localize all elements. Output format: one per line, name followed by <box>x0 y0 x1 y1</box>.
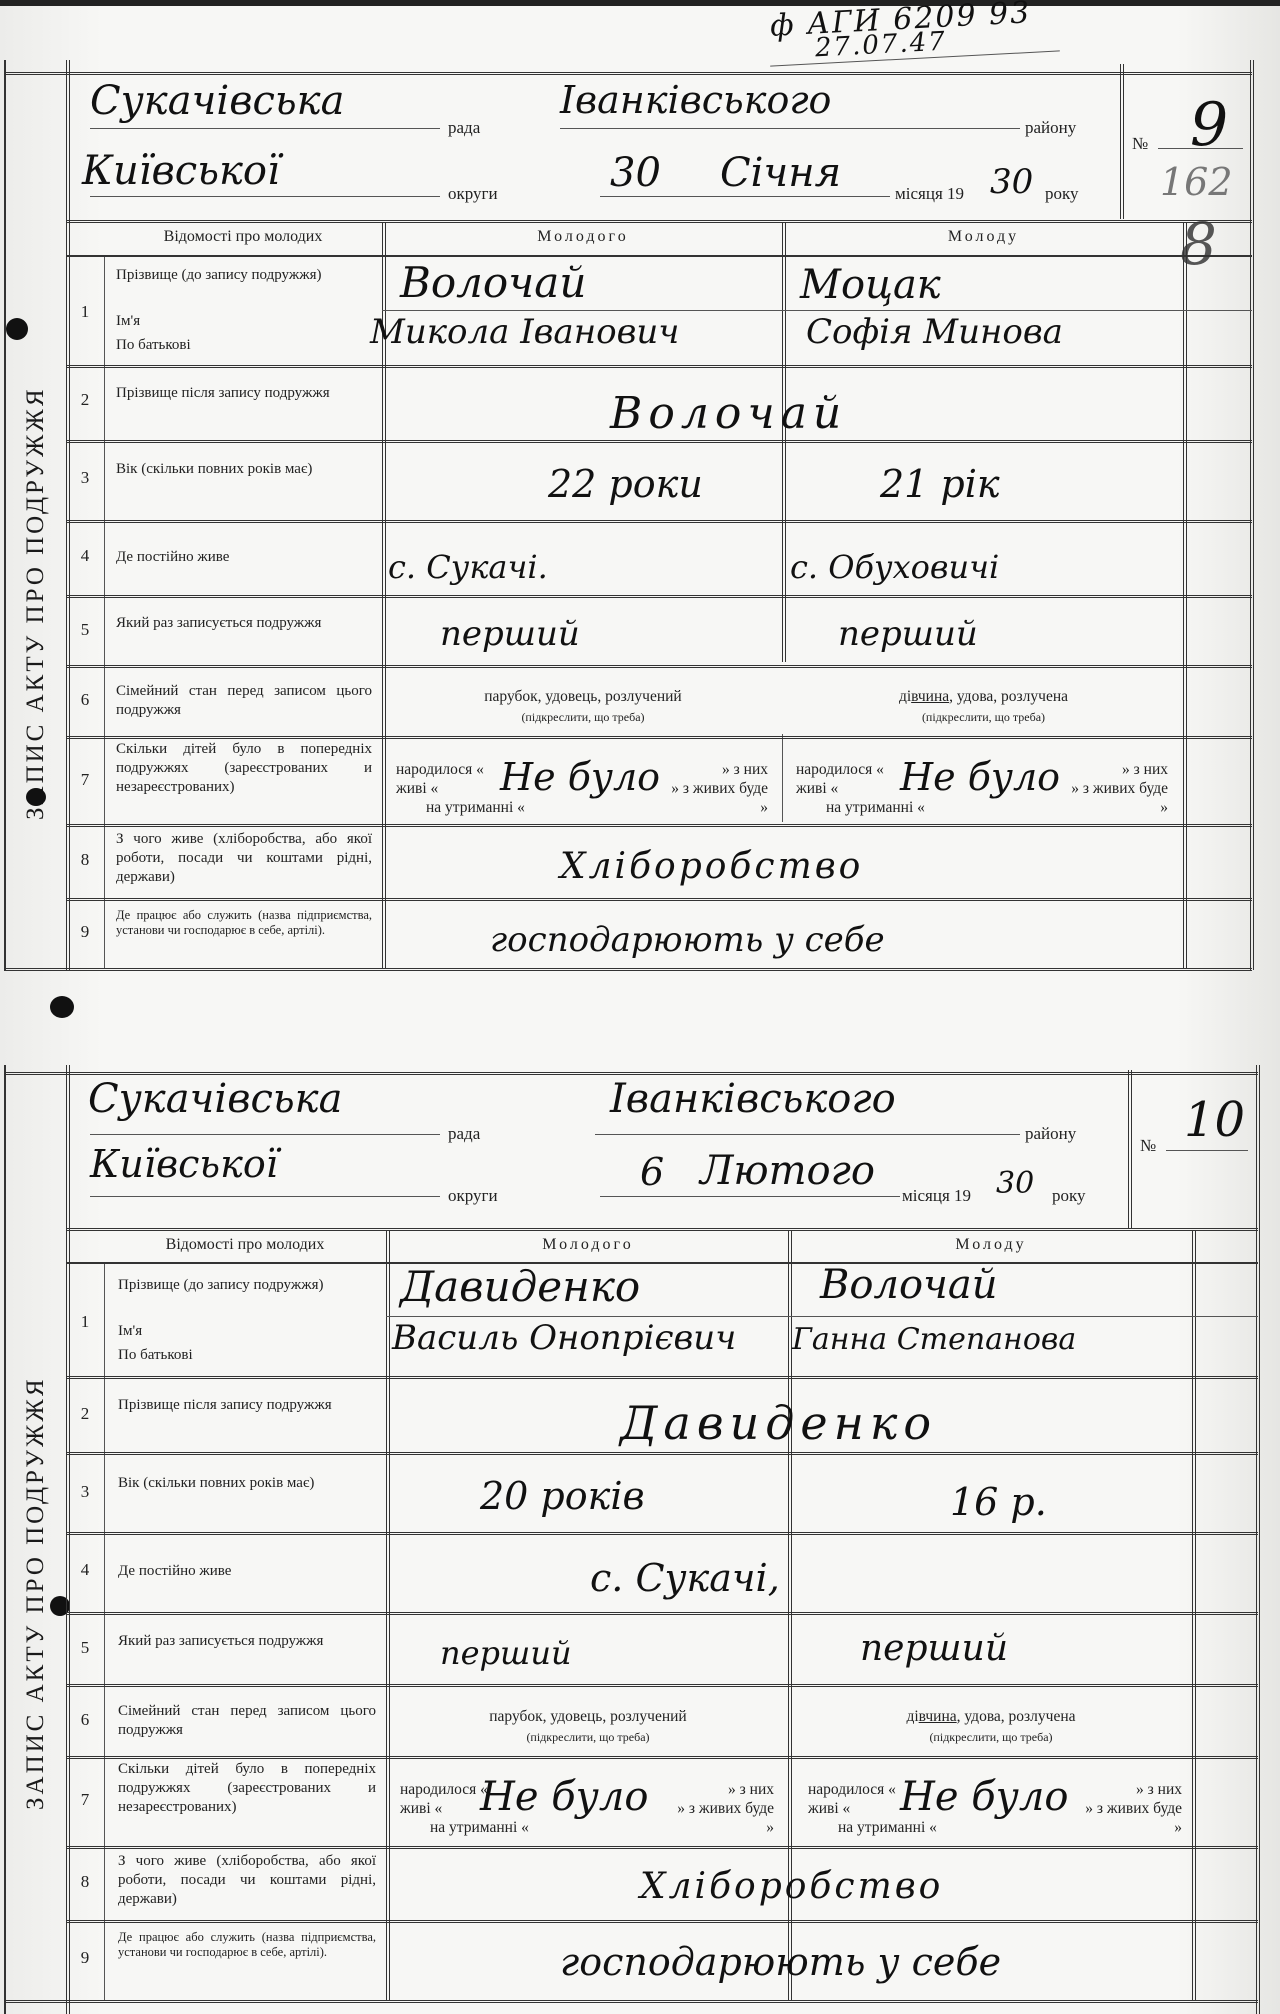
row-label-marital-status: Сімейний стан перед записом цього подруж… <box>118 1702 376 1740</box>
livelihood-value: Хліборобство <box>560 846 863 887</box>
bride-age: 16 р. <box>950 1480 1047 1524</box>
number-line <box>1166 1150 1248 1151</box>
row-number-1: 1 <box>72 1312 98 1332</box>
okrug-line <box>90 196 440 197</box>
kids-supported-label: на утриманні « <box>838 1818 937 1837</box>
row-label-age: Вік (скільки повних років має) <box>118 1474 376 1493</box>
row-number-3: 3 <box>72 468 98 488</box>
bride-children-value: Не було <box>900 1774 1068 1820</box>
row-number-6: 6 <box>72 1710 98 1730</box>
row-divider-2 <box>66 440 1252 443</box>
row-divider-5 <box>66 1684 1258 1687</box>
row-number-9: 9 <box>72 922 98 942</box>
number-label: № <box>1140 1136 1156 1156</box>
row-label-livelihood: З чого живе (хліборобства, або якої робо… <box>116 830 372 887</box>
kids-close-quote: » <box>1174 1818 1182 1837</box>
name-subline <box>382 310 1252 311</box>
council-label: рада <box>448 1124 480 1144</box>
groom-marriage-count: перший <box>440 1634 572 1672</box>
row-divider-1 <box>66 1376 1258 1379</box>
row-divider-7 <box>66 824 1252 827</box>
okrug-value: Київської <box>90 1142 278 1186</box>
kids-alive-label: живі « <box>400 1799 442 1818</box>
ink-blot <box>50 996 74 1018</box>
frame-top <box>4 1072 1258 1075</box>
groom-children-value: Не було <box>500 755 660 799</box>
district-value: Іванківського <box>560 78 831 122</box>
label-col-line <box>386 1230 390 2000</box>
kids-born-label: народилося « <box>796 760 884 779</box>
day-value: 6 <box>640 1150 664 1194</box>
kids-of-alive: » з живих буде <box>671 779 768 798</box>
row-label-children: Скільки дітей було в попередніх подружжя… <box>116 740 372 797</box>
number-box-border <box>1120 64 1124 219</box>
row-number-7: 7 <box>72 1790 98 1810</box>
row-number-4: 4 <box>72 1560 98 1580</box>
row-divider-1 <box>66 365 1252 368</box>
bride-name-patronymic: Ганна Степанова <box>792 1322 1076 1357</box>
row-label-surname-after: Прізвище після запису подружжя <box>116 384 372 403</box>
council-line <box>90 128 440 129</box>
row-number-8: 8 <box>72 850 98 870</box>
row-divider-6 <box>66 736 1252 739</box>
bride-surname: Моцак <box>800 262 941 308</box>
row-label-patronymic: По батькові <box>116 336 372 355</box>
row-label-marital-status: Сімейний стан перед записом цього подруж… <box>116 682 372 720</box>
surname-after: Волочай <box>610 388 847 439</box>
row-divider-8 <box>66 1920 1258 1923</box>
groom-age: 20 років <box>480 1474 645 1518</box>
number-box-border <box>1128 1070 1132 1228</box>
row-label-surname-after: Прізвище після запису подружжя <box>118 1396 376 1415</box>
district-line <box>560 128 1020 129</box>
district-label: району <box>1025 118 1076 138</box>
ink-blot <box>6 318 28 340</box>
groom-bride-divider-kids <box>782 734 783 822</box>
okrug-value: Київської <box>82 148 280 194</box>
groom-header: Молодого <box>386 228 780 246</box>
kids-supported-label: на утриманні « <box>826 798 925 817</box>
frame-right <box>1250 60 1254 970</box>
frame-inner-left <box>66 60 70 970</box>
row-divider-8 <box>66 898 1252 901</box>
name-subline <box>386 1316 1258 1317</box>
header-divider <box>66 220 1252 223</box>
number-label: № <box>1132 134 1148 154</box>
bride-marriage-count: перший <box>860 1628 1008 1669</box>
row-label-age: Вік (скільки повних років має) <box>116 460 372 479</box>
kids-of-them: » з них <box>728 1780 774 1799</box>
row-label-name: Ім'я <box>116 312 372 331</box>
bride-status-prefix: ді <box>899 688 911 705</box>
bride-col-right <box>1192 1230 1196 2000</box>
side-title: ЗАПИС АКТУ ПРО ПОДРУЖЖЯ <box>22 1376 50 1810</box>
row-divider-7 <box>66 1846 1258 1849</box>
row-number-6: 6 <box>72 690 98 710</box>
bride-marriage-count: перший <box>838 614 978 654</box>
row-label-residence: Де постійно живе <box>116 548 372 567</box>
row-label-marriage-count: Який раз записується подружжя <box>118 1632 376 1651</box>
row-divider-3 <box>66 1532 1258 1535</box>
groom-name-patronymic: Микола Іванович <box>370 312 679 352</box>
year-value: 30 <box>996 1166 1034 1201</box>
row-number-5: 5 <box>72 1638 98 1658</box>
groom-header: Молодого <box>390 1236 786 1254</box>
kids-close-quote: » <box>766 1818 774 1837</box>
frame-top <box>4 72 1252 75</box>
kids-alive-label: живі « <box>796 779 838 798</box>
num-col-line <box>104 1262 105 2000</box>
bride-children-value: Не було <box>900 755 1060 799</box>
info-header: Відомості про молодих <box>108 228 378 246</box>
okrug-line <box>90 1196 440 1197</box>
header-row-line <box>66 255 1252 257</box>
kids-born-label: народилося « <box>808 1780 896 1799</box>
groom-status-options: парубок, удовець, розлучений <box>390 1708 786 1726</box>
bride-status-marked: вчина <box>911 688 949 705</box>
date-line <box>600 196 890 197</box>
num-col-line <box>104 255 105 968</box>
day-value: 30 <box>610 150 661 196</box>
council-label: рада <box>448 118 480 138</box>
row-divider-5 <box>66 665 1252 668</box>
bride-age: 21 рік <box>880 462 1000 506</box>
month-label: місяця 19 <box>895 184 964 204</box>
row-number-9: 9 <box>72 1948 98 1968</box>
row-label-workplace: Де працює або служить (назва підприємств… <box>116 908 372 938</box>
groom-children-value: Не було <box>480 1774 648 1820</box>
side-number: 162 <box>1160 160 1233 204</box>
row-label-livelihood: З чого живе (хліборобства, або якої робо… <box>118 1852 376 1909</box>
kids-born-label: народилося « <box>396 760 484 779</box>
bride-status-options: дівчина, удова, розлучена <box>792 1708 1190 1726</box>
frame-inner-left <box>66 1065 70 2014</box>
frame-bottom <box>4 2000 1258 2003</box>
workplace-value: господарюють у себе <box>560 1940 1001 1984</box>
kids-alive-label: живі « <box>396 779 438 798</box>
kids-supported-label: на утриманні « <box>426 798 525 817</box>
frame-bottom <box>4 968 1252 971</box>
record-number: 9 <box>1190 90 1228 160</box>
kids-close-quote: » <box>1160 798 1168 817</box>
okrug-label-text: округи <box>448 184 498 204</box>
row-number-3: 3 <box>72 1482 98 1502</box>
ink-blot <box>26 788 46 806</box>
row-divider-6 <box>66 1756 1258 1759</box>
kids-of-alive: » з живих буде <box>1085 1799 1182 1818</box>
row-number-1: 1 <box>72 302 98 322</box>
row-divider-3 <box>66 520 1252 523</box>
council-line <box>90 1134 440 1135</box>
groom-marriage-count: перший <box>440 614 580 654</box>
livelihood-value: Хліборобство <box>640 1866 943 1907</box>
workplace-value: господарюють у себе <box>490 920 885 960</box>
row-divider-4 <box>66 1612 1258 1615</box>
row-number-2: 2 <box>72 1404 98 1424</box>
bride-name-patronymic: Софія Минова <box>806 312 1063 352</box>
info-header: Відомості про молодих <box>108 1236 382 1254</box>
groom-status-options: парубок, удовець, розлучений <box>386 688 780 706</box>
kids-alive-label: живі « <box>808 1799 850 1818</box>
side-title: ЗАПИС АКТУ ПРО ПОДРУЖЖЯ <box>22 386 50 820</box>
bride-status-rest: , удова, розлучена <box>949 688 1068 705</box>
month-value: Лютого <box>700 1148 875 1194</box>
okrug-label: округи <box>448 1186 498 1206</box>
residence-value: с. Сукачі, <box>590 1556 780 1600</box>
year-label: року <box>1045 184 1079 204</box>
groom-status-hint: (підкреслити, що треба) <box>386 710 780 725</box>
row-label-residence: Де постійно живе <box>118 1562 376 1581</box>
row-number-8: 8 <box>72 1872 98 1892</box>
bride-status-marked: вчина <box>919 1708 957 1725</box>
groom-age: 22 роки <box>548 462 703 506</box>
bride-header: Молоду <box>786 228 1181 246</box>
kids-supported-label: на утриманні « <box>430 1818 529 1837</box>
bride-status-rest: , удова, розлучена <box>957 1708 1076 1725</box>
groom-status-hint: (підкреслити, що треба) <box>390 1730 786 1745</box>
kids-of-alive: » з живих буде <box>1071 779 1168 798</box>
bride-surname: Волочай <box>820 1262 998 1308</box>
row-number-7: 7 <box>72 770 98 790</box>
row-label-name: Ім'я <box>118 1322 376 1341</box>
groom-surname: Давиденко <box>400 1262 640 1311</box>
council-value: Сукачівська <box>88 1076 342 1122</box>
groom-residence: с. Сукачі. <box>388 548 548 586</box>
surname-after: Давиденко <box>620 1396 937 1450</box>
year-label: року <box>1052 1186 1086 1206</box>
bride-residence: с. Обуховичі <box>790 548 999 586</box>
row-label-children: Скільки дітей було в попередніх подружжя… <box>118 1760 376 1817</box>
kids-of-them: » з них <box>722 760 768 779</box>
kids-of-alive: » з живих буде <box>677 1799 774 1818</box>
record-number: 10 <box>1184 1092 1245 1148</box>
row-label-marriage-count: Який раз записується подружжя <box>116 614 372 633</box>
row-label-patronymic: По батькові <box>118 1346 376 1365</box>
row-number-2: 2 <box>72 390 98 410</box>
kids-born-label: народилося « <box>400 1780 488 1799</box>
row-number-4: 4 <box>72 546 98 566</box>
frame-left <box>4 1065 6 2014</box>
row-divider-4 <box>66 595 1252 598</box>
month-value: Січня <box>720 150 841 196</box>
row-label-surname-before: Прізвище (до запису подружжя) <box>118 1276 376 1295</box>
district-line <box>595 1134 1020 1135</box>
bride-status-hint: (підкреслити, що треба) <box>792 1730 1190 1745</box>
district-value: Іванківського <box>610 1076 896 1122</box>
groom-surname: Волочай <box>400 258 586 307</box>
council-value: Сукачівська <box>90 78 344 124</box>
district-label: району <box>1025 1124 1076 1144</box>
year-value: 30 <box>990 162 1033 202</box>
bride-status-hint: (підкреслити, що треба) <box>786 710 1181 725</box>
frame-left <box>4 60 6 970</box>
kids-close-quote: » <box>760 798 768 817</box>
bride-status-options: дівчина, удова, розлучена <box>786 688 1181 706</box>
header-row-line <box>66 1262 1258 1264</box>
header-divider <box>66 1228 1258 1231</box>
month-label: місяця 19 <box>902 1186 971 1206</box>
date-line <box>600 1196 900 1197</box>
groom-name-patronymic: Василь Онопрієвич <box>392 1318 736 1358</box>
bride-status-prefix: ді <box>906 1708 918 1725</box>
row-label-surname-before: Прізвище (до запису подружжя) <box>116 266 372 285</box>
kids-of-them: » з них <box>1136 1780 1182 1799</box>
row-number-5: 5 <box>72 620 98 640</box>
row-divider-2 <box>66 1452 1258 1455</box>
scan-edge <box>0 0 1280 6</box>
kids-of-them: » з них <box>1122 760 1168 779</box>
bride-header: Молоду <box>792 1236 1190 1254</box>
frame-right <box>1256 1065 1260 2014</box>
row-label-workplace: Де працює або служить (назва підприємств… <box>118 1930 376 1960</box>
